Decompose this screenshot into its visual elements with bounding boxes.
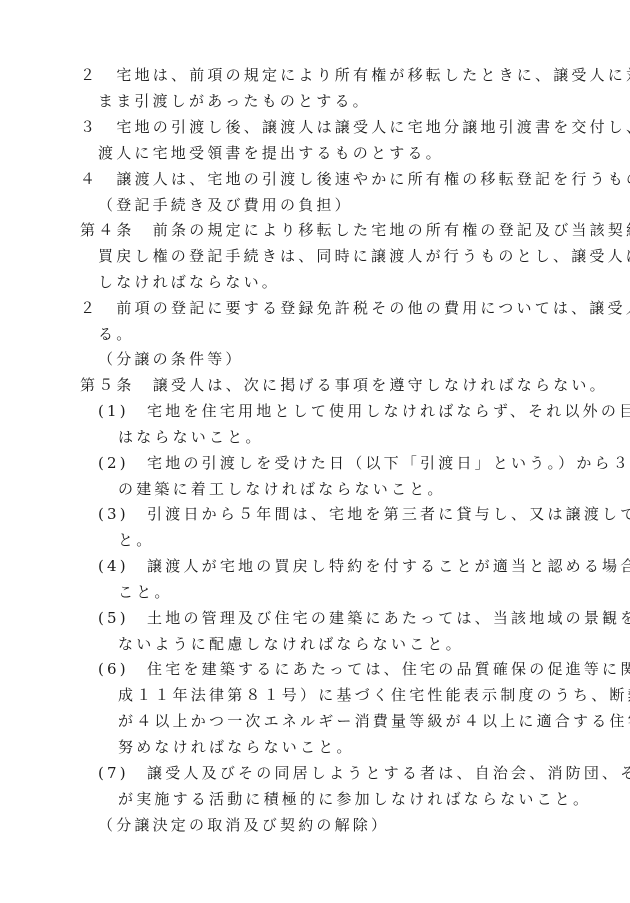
article-5-item-6: (6) 住宅を建築するにあたっては、住宅の品質確保の促進等に関する法律（平 <box>98 656 598 682</box>
clause-3-paragraph-2-cont: まま引渡しがあったものとする。 <box>98 88 598 114</box>
article-5-item-3: (3) 引渡日から５年間は、宅地を第三者に貸与し、又は譲渡してはならないこ <box>98 501 598 527</box>
article-5-item-5: (5) 土地の管理及び住宅の建築にあたっては、当該地域の景観を損なうことの <box>98 605 598 631</box>
article-5-paragraph-1: 第５条 譲受人は、次に掲げる事項を遵守しなければならない。 <box>80 372 580 398</box>
article-5-item-4-cont: こと。 <box>118 579 618 605</box>
clause-3-paragraph-3: ３ 宅地の引渡し後、譲渡人は譲受人に宅地分譲地引渡書を交付し、譲受人は譲 <box>80 114 580 140</box>
article-5-item-6-cont: 成１１年法律第８１号）に基づく住宅性能表示制度のうち、断熱等性能等級 <box>118 682 618 708</box>
article-5-item-1: (1) 宅地を住宅用地として使用しなければならず、それ以外の目的に使用して <box>98 398 598 424</box>
article-4-paragraph-1-cont: 買戻し権の登記手続きは、同時に譲渡人が行うものとし、譲受人はこれに協力 <box>98 243 598 269</box>
article-5-item-4: (4) 譲渡人が宅地の買戻し特約を付することが適当と認める場合は、締結する <box>98 553 598 579</box>
article-5-item-7: (7) 譲受人及びその同居しようとする者は、自治会、消防団、その他当該地域 <box>98 760 598 786</box>
article-5-item-7-cont: が実施する活動に積極的に参加しなければならないこと。 <box>118 786 618 812</box>
article-4-paragraph-2-cont: る。 <box>98 321 598 347</box>
document-page: ２ 宅地は、前項の規定により所有権が移転したときに、譲受人に対して現状の まま引… <box>0 0 630 903</box>
article-5-item-6-cont: が４以上かつ一次エネルギー消費量等級が４以上に適合する住宅とするよう <box>118 708 618 734</box>
article-5-heading: （分譲の条件等） <box>98 346 598 372</box>
article-4-paragraph-1: 第４条 前条の規定により移転した宅地の所有権の登記及び当該契約書に定める <box>80 217 580 243</box>
article-5-item-5-cont: ないように配慮しなければならないこと。 <box>118 631 618 657</box>
article-5-item-2-cont: の建築に着工しなければならないこと。 <box>118 476 618 502</box>
article-6-heading: （分譲決定の取消及び契約の解除） <box>98 812 598 838</box>
article-5-item-3-cont: と。 <box>118 527 618 553</box>
article-4-paragraph-2: ２ 前項の登記に要する登録免許税その他の費用については、譲受人の負担とす <box>80 295 580 321</box>
article-5-item-2: (2) 宅地の引渡しを受けた日（以下「引渡日」という。）から３年以内に住宅 <box>98 450 598 476</box>
clause-3-paragraph-2: ２ 宅地は、前項の規定により所有権が移転したときに、譲受人に対して現状の <box>80 62 580 88</box>
article-5-item-1-cont: はならないこと。 <box>118 424 618 450</box>
article-5-item-6-cont: 努めなければならないこと。 <box>118 734 618 760</box>
clause-3-paragraph-3-cont: 渡人に宅地受領書を提出するものとする。 <box>98 140 598 166</box>
article-4-paragraph-1-cont: しなければならない。 <box>98 269 598 295</box>
article-4-heading: （登記手続き及び費用の負担） <box>98 192 598 218</box>
clause-3-paragraph-4: ４ 譲渡人は、宅地の引渡し後速やかに所有権の移転登記を行うものとする。 <box>80 166 580 192</box>
